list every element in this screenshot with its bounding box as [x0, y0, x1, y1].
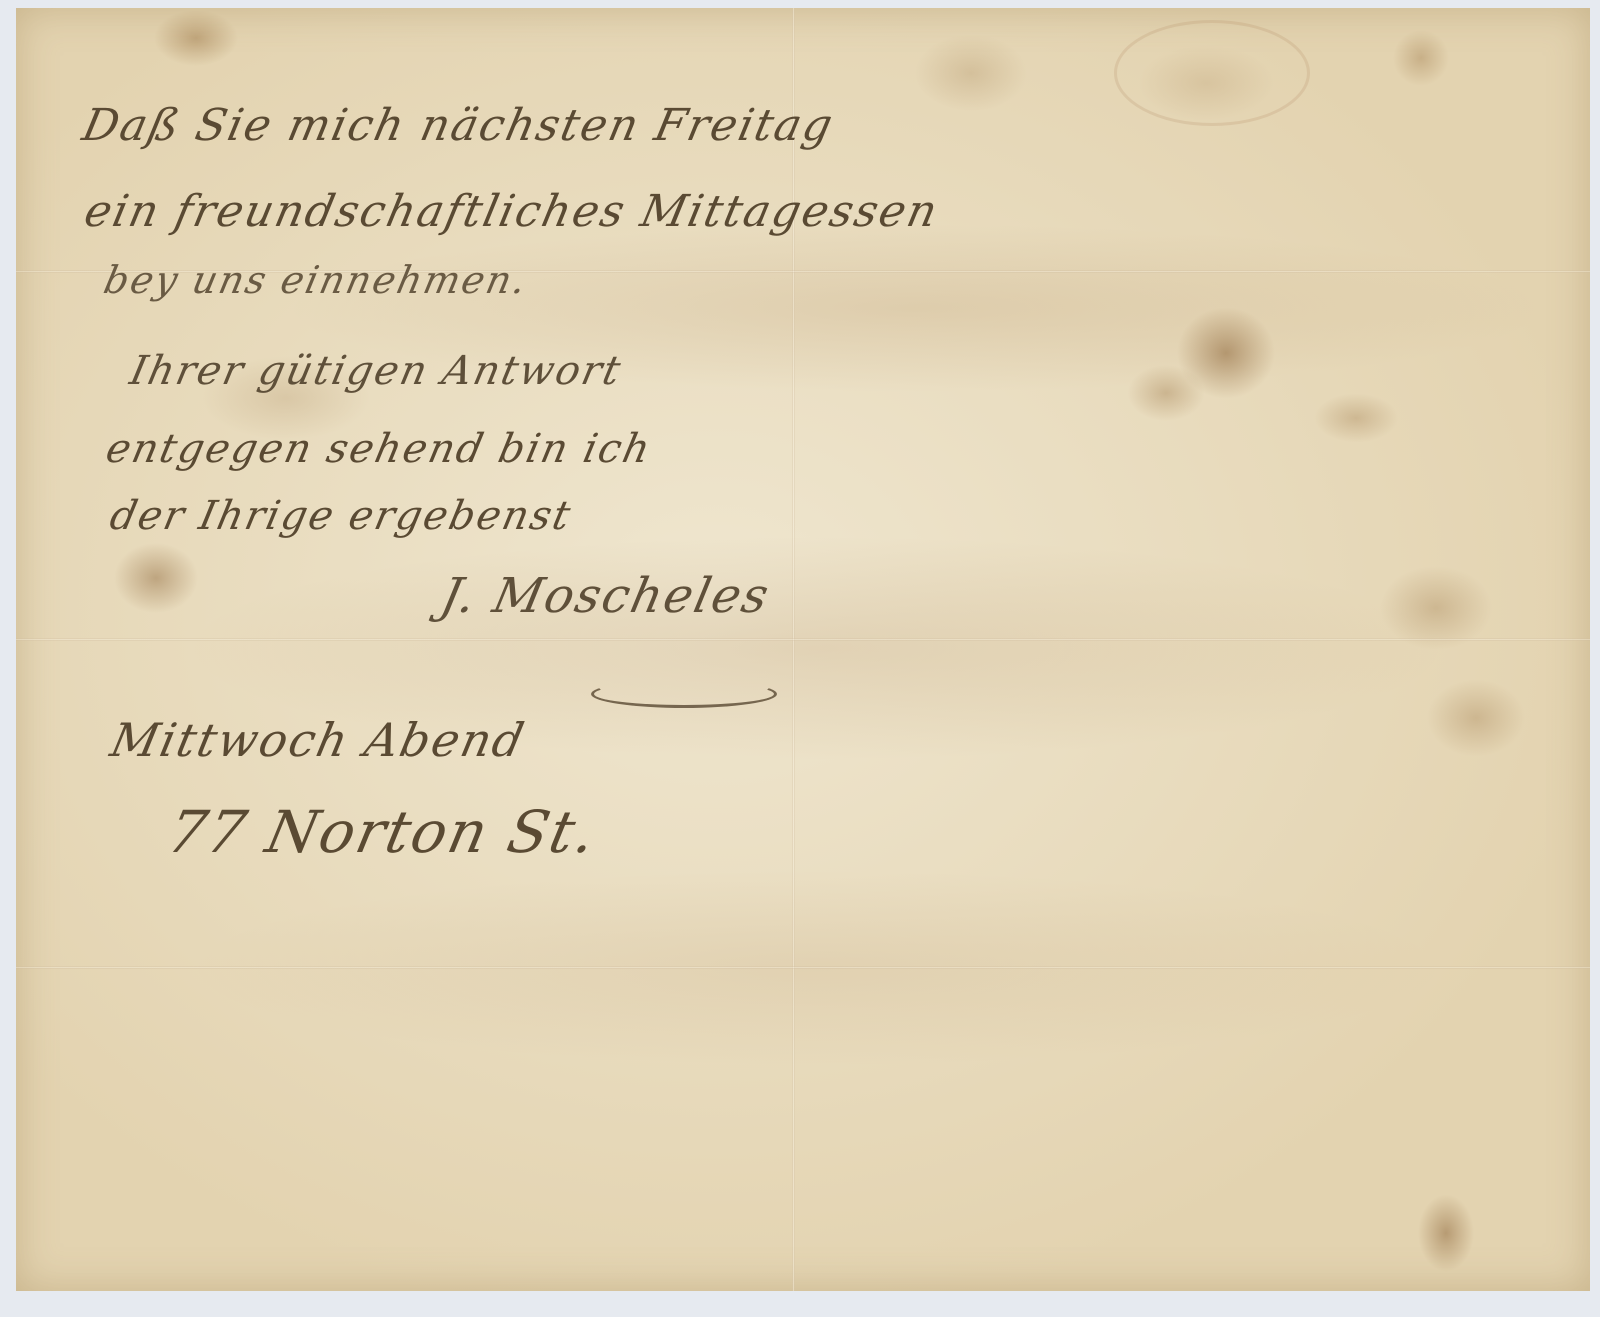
faded-stamp — [1114, 20, 1310, 126]
signature-flourish — [591, 680, 777, 708]
letter-line-1: Daß Sie mich nächsten Freitag — [78, 100, 839, 151]
letter-line-6: der Ihrige ergebenst — [106, 493, 576, 539]
letter-line-4: Ihrer gütigen Antwort — [126, 348, 626, 394]
dateline: Mittwoch Abend — [106, 713, 530, 767]
horizontal-fold-line-3 — [16, 966, 1590, 969]
horizontal-fold-line-2 — [16, 638, 1590, 641]
letter-paper: Daß Sie mich nächsten Freitag ein freund… — [16, 8, 1590, 1291]
signature: J. Moscheles — [436, 568, 775, 624]
letter-line-2: ein freundschaftliches Mittagessen — [80, 186, 943, 237]
letter-line-3: bey uns einnehmen. — [100, 258, 532, 302]
letter-line-5: entgegen sehend bin ich — [102, 426, 656, 472]
address: 77 Norton St. — [162, 798, 604, 866]
